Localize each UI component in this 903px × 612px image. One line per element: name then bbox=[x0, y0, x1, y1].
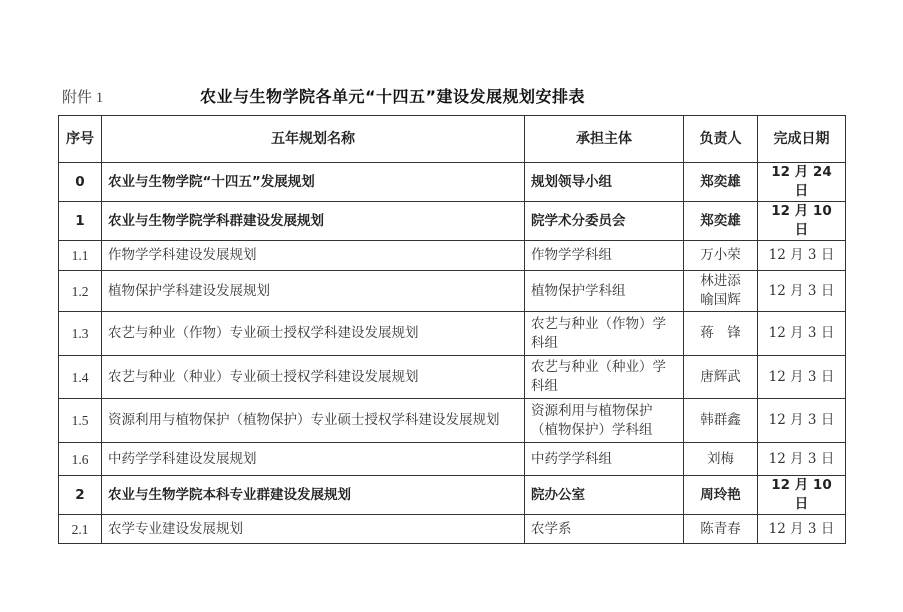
cell-owner: 作物学学科组 bbox=[525, 241, 684, 271]
table-header-row: 序号 五年规划名称 承担主体 负责人 完成日期 bbox=[59, 116, 846, 163]
cell-plan-name: 植物保护学科建设发展规划 bbox=[102, 271, 525, 312]
cell-due-date: 12 月 3 日 bbox=[758, 241, 846, 271]
cell-owner: 中药学学科组 bbox=[525, 443, 684, 476]
cell-due-date: 12 月 3 日 bbox=[758, 312, 846, 356]
cell-plan-name: 农业与生物学院本科专业群建设发展规划 bbox=[102, 476, 525, 515]
plan-schedule-table: 序号 五年规划名称 承担主体 负责人 完成日期 0 农业与生物学院“十四五”发展… bbox=[58, 115, 846, 544]
cell-plan-name: 农艺与种业（作物）专业硕士授权学科建设发展规划 bbox=[102, 312, 525, 356]
cell-owner: 农学系 bbox=[525, 515, 684, 544]
cell-lead: 万小荣 bbox=[684, 241, 758, 271]
cell-lead: 蒋 锋 bbox=[684, 312, 758, 356]
cell-owner: 农艺与种业（种业）学科组 bbox=[525, 356, 684, 399]
cell-owner: 规划领导小组 bbox=[525, 163, 684, 202]
cell-lead: 周玲艳 bbox=[684, 476, 758, 515]
table-row: 2 农业与生物学院本科专业群建设发展规划 院办公室 周玲艳 12 月 10 日 bbox=[59, 476, 846, 515]
cell-due-date: 12 月 3 日 bbox=[758, 356, 846, 399]
attachment-label: 附件 1 bbox=[62, 86, 103, 107]
table-row: 2.1 农学专业建设发展规划 农学系 陈青春 12 月 3 日 bbox=[59, 515, 846, 544]
cell-no: 1.1 bbox=[59, 241, 102, 271]
cell-lead: 陈青春 bbox=[684, 515, 758, 544]
table-row: 1.2 植物保护学科建设发展规划 植物保护学科组 林进添 喻国辉 12 月 3 … bbox=[59, 271, 846, 312]
cell-owner: 植物保护学科组 bbox=[525, 271, 684, 312]
cell-due-date: 12 月 24 日 bbox=[758, 163, 846, 202]
cell-due-date: 12 月 3 日 bbox=[758, 271, 846, 312]
cell-no: 1.5 bbox=[59, 399, 102, 443]
cell-due-date: 12 月 3 日 bbox=[758, 399, 846, 443]
table-row: 0 农业与生物学院“十四五”发展规划 规划领导小组 郑奕雄 12 月 24 日 bbox=[59, 163, 846, 202]
cell-lead: 郑奕雄 bbox=[684, 202, 758, 241]
cell-due-date: 12 月 3 日 bbox=[758, 443, 846, 476]
cell-no: 0 bbox=[59, 163, 102, 202]
cell-no: 1.3 bbox=[59, 312, 102, 356]
cell-plan-name: 农学专业建设发展规划 bbox=[102, 515, 525, 544]
col-header-owner: 承担主体 bbox=[525, 116, 684, 163]
col-header-lead: 负责人 bbox=[684, 116, 758, 163]
document-title: 农业与生物学院各单元“十四五”建设发展规划安排表 bbox=[200, 84, 585, 107]
cell-due-date: 12 月 10 日 bbox=[758, 202, 846, 241]
cell-due-date: 12 月 10 日 bbox=[758, 476, 846, 515]
cell-owner: 农艺与种业（作物）学科组 bbox=[525, 312, 684, 356]
cell-plan-name: 资源利用与植物保护（植物保护）专业硕士授权学科建设发展规划 bbox=[102, 399, 525, 443]
cell-lead: 郑奕雄 bbox=[684, 163, 758, 202]
cell-due-date: 12 月 3 日 bbox=[758, 515, 846, 544]
cell-plan-name: 农业与生物学院学科群建设发展规划 bbox=[102, 202, 525, 241]
col-header-no: 序号 bbox=[59, 116, 102, 163]
cell-no: 1.6 bbox=[59, 443, 102, 476]
cell-no: 2 bbox=[59, 476, 102, 515]
cell-lead: 刘梅 bbox=[684, 443, 758, 476]
table-row: 1.4 农艺与种业（种业）专业硕士授权学科建设发展规划 农艺与种业（种业）学科组… bbox=[59, 356, 846, 399]
table-row: 1 农业与生物学院学科群建设发展规划 院学术分委员会 郑奕雄 12 月 10 日 bbox=[59, 202, 846, 241]
cell-owner: 院学术分委员会 bbox=[525, 202, 684, 241]
cell-plan-name: 作物学学科建设发展规划 bbox=[102, 241, 525, 271]
col-header-due-date: 完成日期 bbox=[758, 116, 846, 163]
cell-no: 1.4 bbox=[59, 356, 102, 399]
table-row: 1.6 中药学学科建设发展规划 中药学学科组 刘梅 12 月 3 日 bbox=[59, 443, 846, 476]
cell-no: 1 bbox=[59, 202, 102, 241]
cell-plan-name: 农业与生物学院“十四五”发展规划 bbox=[102, 163, 525, 202]
cell-lead: 林进添 喻国辉 bbox=[684, 271, 758, 312]
cell-plan-name: 农艺与种业（种业）专业硕士授权学科建设发展规划 bbox=[102, 356, 525, 399]
table-row: 1.3 农艺与种业（作物）专业硕士授权学科建设发展规划 农艺与种业（作物）学科组… bbox=[59, 312, 846, 356]
cell-no: 1.2 bbox=[59, 271, 102, 312]
table-row: 1.1 作物学学科建设发展规划 作物学学科组 万小荣 12 月 3 日 bbox=[59, 241, 846, 271]
table-row: 1.5 资源利用与植物保护（植物保护）专业硕士授权学科建设发展规划 资源利用与植… bbox=[59, 399, 846, 443]
cell-owner: 资源利用与植物保护（植物保护）学科组 bbox=[525, 399, 684, 443]
cell-owner: 院办公室 bbox=[525, 476, 684, 515]
cell-plan-name: 中药学学科建设发展规划 bbox=[102, 443, 525, 476]
col-header-plan-name: 五年规划名称 bbox=[102, 116, 525, 163]
cell-lead: 韩群鑫 bbox=[684, 399, 758, 443]
cell-no: 2.1 bbox=[59, 515, 102, 544]
cell-lead: 唐辉武 bbox=[684, 356, 758, 399]
